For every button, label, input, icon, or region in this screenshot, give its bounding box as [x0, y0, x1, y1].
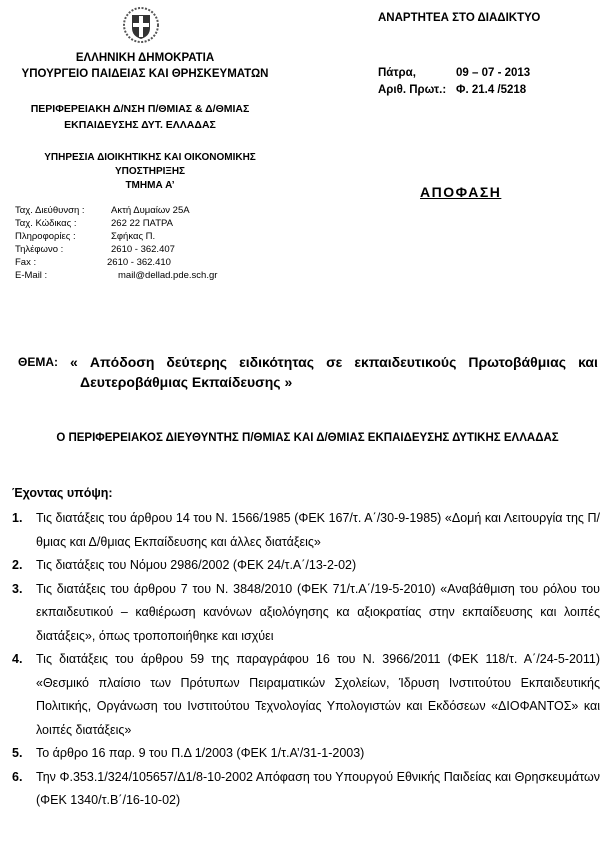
subject-word: ειδικότητας: [239, 352, 314, 372]
subject-label: ΘΕΜΑ:: [18, 352, 58, 372]
list-text: Το άρθρο 16 παρ. 9 του Π.Δ 1/2003 (ΦΕΚ 1…: [36, 742, 600, 766]
contact-label: Τηλέφωνο :: [15, 243, 63, 256]
protocol-number: Φ. 21.4 /5218: [456, 84, 526, 96]
document-date: 09 – 07 - 2013: [456, 67, 530, 79]
subject-word: εκπαιδευτικούς: [354, 352, 456, 372]
list-number: 2.: [12, 554, 22, 578]
subject-word: δεύτερης: [166, 352, 227, 372]
subject-word: σε: [326, 352, 342, 372]
greek-coat-of-arms-icon: [122, 6, 160, 44]
contact-phone: Τηλέφωνο : 2610 - 362.407: [15, 243, 275, 256]
service-line-2: ΥΠΟΣΤΗΡΙΞΗΣ: [20, 165, 280, 179]
contact-postcode: Ταχ. Κώδικας : 262 22 ΠΑΤΡΑ: [15, 217, 275, 230]
list-item: 5. Το άρθρο 16 παρ. 9 του Π.Δ 1/2003 (ΦΕ…: [12, 742, 600, 766]
issuer-block: ΕΛΛΗΝΙΚΗ ΔΗΜΟΚΡΑΤΙΑ ΥΠΟΥΡΓΕΙΟ ΠΑΙΔΕΙΑΣ Κ…: [0, 50, 290, 82]
service-block: ΥΠΗΡΕΣΙΑ ΔΙΟΙΚΗΤΙΚΗΣ ΚΑΙ ΟΙΚΟΝΟΜΙΚΗΣ ΥΠΟ…: [20, 151, 280, 193]
list-number: 5.: [12, 742, 22, 766]
list-item: 2. Τις διατάξεις του Νόμου 2986/2002 (ΦΕ…: [12, 554, 600, 578]
posting-note: ΑΝΑΡΤΗΤΕΑ ΣΤΟ ΔΙΑΔΙΚΤΥΟ: [378, 12, 540, 24]
email-link[interactable]: mail@dellad.pde.sch.gr: [118, 269, 217, 282]
contact-label: Ταχ. Διεύθυνση :: [15, 204, 85, 217]
document-type-title: ΑΠΟΦΑΣΗ: [420, 184, 501, 200]
list-text: Τις διατάξεις του Νόμου 2986/2002 (ΦΕΚ 2…: [36, 554, 600, 578]
contact-email: E-Mail : mail@dellad.pde.sch.gr: [15, 269, 275, 282]
list-item: 4. Τις διατάξεις του άρθρου 59 της παραγ…: [12, 648, 600, 742]
contact-value: 2610 - 362.407: [111, 243, 175, 256]
place-label: Πάτρα,: [378, 67, 456, 79]
list-item: 1. Τις διατάξεις του άρθρου 14 του Ν. 15…: [12, 507, 600, 554]
contact-info-person: Πληροφορίες : Σφήκας Π.: [15, 230, 275, 243]
directorate-line-2: ΕΚΠΑΙΔΕΥΣΗΣ ΔΥΤ. ΕΛΛΑΔΑΣ: [0, 117, 280, 133]
list-item: 6. Την Φ.353.1/324/105657/Δ1/8-10-2002 Α…: [12, 766, 600, 813]
place-date: Πάτρα,09 – 07 - 2013: [378, 67, 530, 79]
contact-value: 2610 - 362.410: [107, 256, 171, 269]
subject-line-1: ΘΕΜΑ: « Απόδοση δεύτερης ειδικότητας σε …: [18, 352, 598, 372]
subject: ΘΕΜΑ: « Απόδοση δεύτερης ειδικότητας σε …: [18, 352, 598, 392]
directorate-line-1: ΠΕΡΙΦΕΡΕΙΑΚΗ Δ/ΝΣΗ Π/ΘΜΙΑΣ & Δ/ΘΜΙΑΣ: [0, 101, 280, 117]
subject-line-2: Δευτεροβάθμιας Εκπαίδευσης »: [18, 372, 598, 392]
service-line-1: ΥΠΗΡΕΣΙΑ ΔΙΟΙΚΗΤΙΚΗΣ ΚΑΙ ΟΙΚΟΝΟΜΙΚΗΣ: [20, 151, 280, 165]
director-title: Ο ΠΕΡΙΦΕΡΕΙΑΚΟΣ ΔΙΕΥΘΥΝΤΗΣ Π/ΘΜΙΑΣ ΚΑΙ Δ…: [0, 432, 615, 444]
subject-word: και: [578, 352, 598, 372]
contact-label: Πληροφορίες :: [15, 230, 76, 243]
list-text: Τις διατάξεις του άρθρου 14 του Ν. 1566/…: [36, 507, 600, 554]
service-line-3: ΤΜΗΜΑ Α’: [20, 179, 280, 193]
considering-heading: Έχοντας υπόψη:: [12, 486, 113, 500]
directorate-block: ΠΕΡΙΦΕΡΕΙΑΚΗ Δ/ΝΣΗ Π/ΘΜΙΑΣ & Δ/ΘΜΙΑΣ ΕΚΠ…: [0, 101, 280, 133]
contact-value: Σφήκας Π.: [111, 230, 155, 243]
list-text: Τις διατάξεις του άρθρου 7 του Ν. 3848/2…: [36, 578, 600, 649]
contact-value: Ακτή Δυμαίων 25Α: [111, 204, 190, 217]
contact-fax: Fax : 2610 - 362.410: [15, 256, 275, 269]
contact-label: Fax :: [15, 256, 36, 269]
subject-word: Πρωτοβάθμιας: [468, 352, 566, 372]
list-number: 3.: [12, 578, 22, 602]
contact-value: 262 22 ΠΑΤΡΑ: [111, 217, 173, 230]
subject-word: Απόδοση: [90, 352, 155, 372]
subject-word: «: [70, 352, 78, 372]
list-number: 4.: [12, 648, 22, 672]
legal-basis-list: 1. Τις διατάξεις του άρθρου 14 του Ν. 15…: [12, 507, 600, 813]
list-text: Τις διατάξεις του άρθρου 59 της παραγράφ…: [36, 648, 600, 742]
contact-label: Ταχ. Κώδικας :: [15, 217, 77, 230]
republic-title: ΕΛΛΗΝΙΚΗ ΔΗΜΟΚΡΑΤΙΑ: [0, 50, 290, 66]
list-text: Την Φ.353.1/324/105657/Δ1/8-10-2002 Απόφ…: [36, 766, 600, 813]
list-item: 3. Τις διατάξεις του άρθρου 7 του Ν. 384…: [12, 578, 600, 649]
contact-address: Ταχ. Διεύθυνση : Ακτή Δυμαίων 25Α: [15, 204, 275, 217]
protocol-number-row: Αριθ. Πρωτ.:Φ. 21.4 /5218: [378, 84, 526, 96]
list-number: 1.: [12, 507, 22, 531]
contact-label: E-Mail :: [15, 269, 47, 282]
list-number: 6.: [12, 766, 22, 790]
contact-details: Ταχ. Διεύθυνση : Ακτή Δυμαίων 25Α Ταχ. Κ…: [15, 204, 275, 282]
protocol-label: Αριθ. Πρωτ.:: [378, 84, 456, 96]
ministry-title: ΥΠΟΥΡΓΕΙΟ ΠΑΙΔΕΙΑΣ ΚΑΙ ΘΡΗΣΚΕΥΜΑΤΩΝ: [0, 66, 290, 82]
